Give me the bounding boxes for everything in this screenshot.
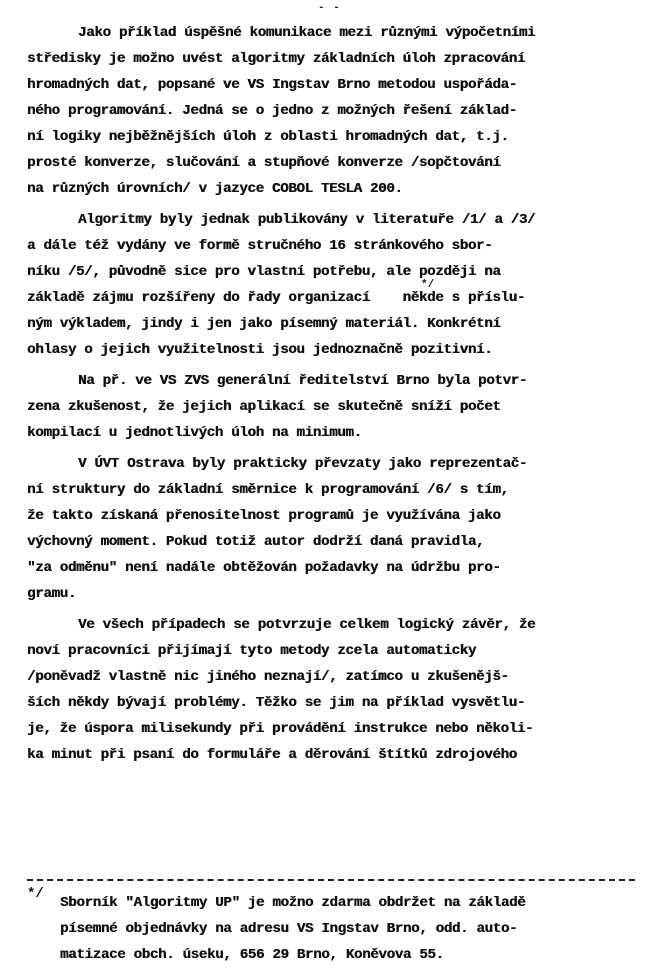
text-line: základě zájmu rozšířeny do řady organiza… bbox=[27, 289, 525, 307]
text-line: ka minut při psaní do formuláře a děrová… bbox=[27, 746, 517, 764]
typewritten-page: - - Jako příklad úspěšné komunikace mezi… bbox=[0, 0, 662, 979]
text-line: na různých úrovních/ v jazyce COBOL TESL… bbox=[27, 180, 403, 198]
page-number-mark: - - bbox=[318, 2, 341, 14]
footnote-separator-rule bbox=[27, 879, 635, 881]
text-line: je, že úspora milisekundy při provádění … bbox=[27, 720, 533, 738]
text-line: kompilací u jednotlivých úloh na minimum… bbox=[27, 424, 362, 442]
text-line: výchovný moment. Pokud totiž autor dodrž… bbox=[27, 533, 484, 551]
text-line: hromadných dat, popsané ve VS Ingstav Br… bbox=[27, 76, 517, 94]
text-line: Ve všech případech se potvrzuje celkem l… bbox=[78, 616, 535, 634]
text-line: V ÚVT Ostrava byly prakticky převzaty ja… bbox=[78, 455, 527, 473]
text-line: a dále též vydány ve formě stručného 16 … bbox=[27, 237, 492, 255]
text-line: zena zkušenost, že jejich aplikací se sk… bbox=[27, 398, 501, 416]
text-line: ohlasy o jejich využitelnosti jsou jedno… bbox=[27, 341, 492, 359]
text-line: prosté konverze, slučování a stupňové ko… bbox=[27, 154, 501, 172]
text-line: ších někdy bývají problémy. Těžko se jim… bbox=[27, 694, 525, 712]
text-line: ného programování. Jedná se o jedno z mo… bbox=[27, 102, 517, 120]
text-line: Algoritmy byly jednak publikovány v lite… bbox=[78, 211, 535, 229]
text-line: Jako příklad úspěšné komunikace mezi růz… bbox=[78, 24, 535, 42]
footnote-reference: */ bbox=[421, 279, 434, 291]
text-line: gramu. bbox=[27, 585, 76, 603]
text-line: /poněvadž vlastně nic jiného neznají/, z… bbox=[27, 668, 509, 686]
text-line: ní logiky nejběžnějších úloh z oblasti h… bbox=[27, 128, 509, 146]
footnote-line: písemné objednávky na adresu VS Ingstav … bbox=[60, 920, 517, 938]
footnote-line: Sborník "Algoritmy UP" je možno zdarma o… bbox=[60, 894, 525, 912]
text-line: že takto získaná přenositelnost programů… bbox=[27, 507, 501, 525]
text-line: "za odměnu" není nadále obtěžován požada… bbox=[27, 559, 501, 577]
footnote-line: matizace obch. úseku, 656 29 Brno, Koněv… bbox=[60, 946, 444, 964]
footnote-marker: */ bbox=[27, 886, 44, 902]
text-line: ní struktury do základní směrnice k prog… bbox=[27, 481, 509, 499]
text-line: středisky je možno uvést algoritmy zákla… bbox=[27, 50, 525, 68]
text-line: noví pracovníci přijímají tyto metody zc… bbox=[27, 642, 476, 660]
text-line: ným výkladem, jindy i jen jako písemný m… bbox=[27, 315, 501, 333]
text-line: Na př. ve VS ZVS generální ředitelství B… bbox=[78, 372, 527, 390]
